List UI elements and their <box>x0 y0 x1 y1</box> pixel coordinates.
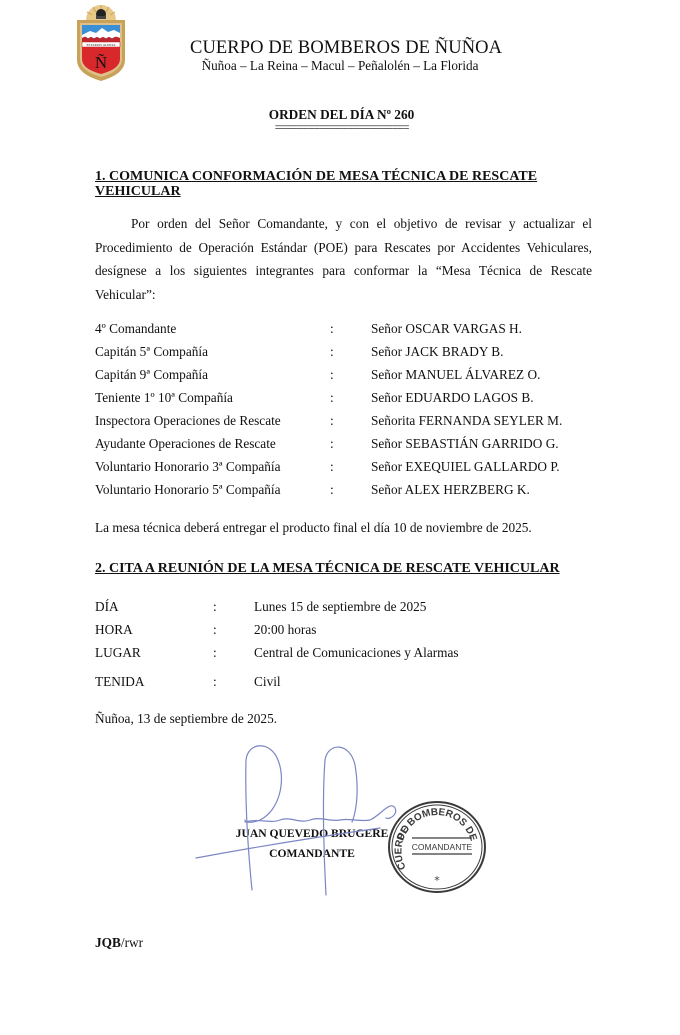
separator: : <box>330 412 334 430</box>
signature-icon <box>190 740 450 900</box>
separator: : <box>213 598 217 616</box>
member-role: 4º Comandante <box>95 320 176 338</box>
member-name: Señor EDUARDO LAGOS B. <box>371 389 534 407</box>
separator: : <box>330 389 334 407</box>
place-and-date: Ñuñoa, 13 de septiembre de 2025. <box>95 711 277 727</box>
member-role: Inspectora Operaciones de Rescate <box>95 412 281 430</box>
detail-value: 20:00 horas <box>254 621 316 639</box>
member-row: Voluntario Honorario 5ª Compañía : Señor… <box>95 481 595 504</box>
section-1-heading: 1. COMUNICA CONFORMACIÓN DE MESA TÉCNICA… <box>95 169 565 199</box>
member-name: Señor SEBASTIÁN GARRIDO G. <box>371 435 559 453</box>
member-row: Voluntario Honorario 3ª Compañía : Señor… <box>95 458 595 481</box>
svg-text:ESTAMOS ALERTA: ESTAMOS ALERTA <box>86 43 116 47</box>
separator: : <box>330 481 334 499</box>
member-row: Ayudante Operaciones de Rescate : Señor … <box>95 435 595 458</box>
organization-communes: Ñuñoa – La Reina – Macul – Peñalolén – L… <box>190 58 490 74</box>
member-name: Señor JACK BRADY B. <box>371 343 504 361</box>
typist-initials: /rwr <box>121 935 143 950</box>
member-role: Capitán 5ª Compañía <box>95 343 208 361</box>
meeting-detail-row: LUGAR : Central de Comunicaciones y Alar… <box>95 644 515 667</box>
member-row: Capitán 5ª Compañía : Señor JACK BRADY B… <box>95 343 595 366</box>
separator: : <box>330 435 334 453</box>
separator: : <box>213 673 217 691</box>
svg-text:Ñ: Ñ <box>95 53 107 72</box>
detail-label: LUGAR <box>95 644 141 662</box>
organization-name: CUERPO DE BOMBEROS DE ÑUÑOA <box>190 38 490 59</box>
document-initials: JQB/rwr <box>95 935 143 951</box>
member-row: Inspectora Operaciones de Rescate : Seño… <box>95 412 595 435</box>
member-role: Voluntario Honorario 3ª Compañía <box>95 458 281 476</box>
author-initials: JQB <box>95 935 121 950</box>
member-role: Ayudante Operaciones de Rescate <box>95 435 276 453</box>
member-name: Señor OSCAR VARGAS H. <box>371 320 522 338</box>
detail-label: DÍA <box>95 598 119 616</box>
member-role: Teniente 1º 10ª Compañía <box>95 389 233 407</box>
section-2-heading: 2. CITA A REUNIÓN DE LA MESA TÉCNICA DE … <box>95 561 565 576</box>
meeting-detail-row: TENIDA : Civil <box>95 673 515 696</box>
member-name: Señor MANUEL ÁLVAREZ O. <box>371 366 540 384</box>
detail-value: Civil <box>254 673 281 691</box>
detail-value: Central de Comunicaciones y Alarmas <box>254 644 459 662</box>
organization-logo: ESTAMOS ALERTA Ñ <box>74 2 128 82</box>
detail-value: Lunes 15 de septiembre de 2025 <box>254 598 426 616</box>
detail-label: HORA <box>95 621 133 639</box>
member-row: Capitán 9ª Compañía : Señor MANUEL ÁLVAR… <box>95 366 595 389</box>
separator: : <box>330 320 334 338</box>
separator: : <box>330 366 334 384</box>
member-row: 4º Comandante : Señor OSCAR VARGAS H. <box>95 320 595 343</box>
member-role: Capitán 9ª Compañía <box>95 366 208 384</box>
meeting-detail-row: HORA : 20:00 horas <box>95 621 515 644</box>
separator: : <box>213 621 217 639</box>
separator: : <box>330 458 334 476</box>
separator: : <box>330 343 334 361</box>
members-list: 4º Comandante : Señor OSCAR VARGAS H. Ca… <box>95 320 595 504</box>
member-role: Voluntario Honorario 5ª Compañía <box>95 481 281 499</box>
separator: : <box>213 644 217 662</box>
fire-department-shield-icon: ESTAMOS ALERTA Ñ <box>74 2 128 82</box>
meeting-detail-row: DÍA : Lunes 15 de septiembre de 2025 <box>95 598 515 621</box>
member-name: Señor ALEX HERZBERG K. <box>371 481 530 499</box>
detail-label: TENIDA <box>95 673 144 691</box>
section-1-paragraph: Por orden del Señor Comandante, y con el… <box>95 212 592 306</box>
sun-rays-icon <box>86 5 116 20</box>
deadline-statement: La mesa técnica deberá entregar el produ… <box>95 520 532 536</box>
member-name: Señorita FERNANDA SEYLER M. <box>371 412 562 430</box>
member-row: Teniente 1º 10ª Compañía : Señor EDUARDO… <box>95 389 595 412</box>
title-divider: ======================== <box>200 120 483 134</box>
member-name: Señor EXEQUIEL GALLARDO P. <box>371 458 560 476</box>
meeting-details: DÍA : Lunes 15 de septiembre de 2025 HOR… <box>95 598 515 696</box>
handwritten-signature <box>190 740 450 900</box>
